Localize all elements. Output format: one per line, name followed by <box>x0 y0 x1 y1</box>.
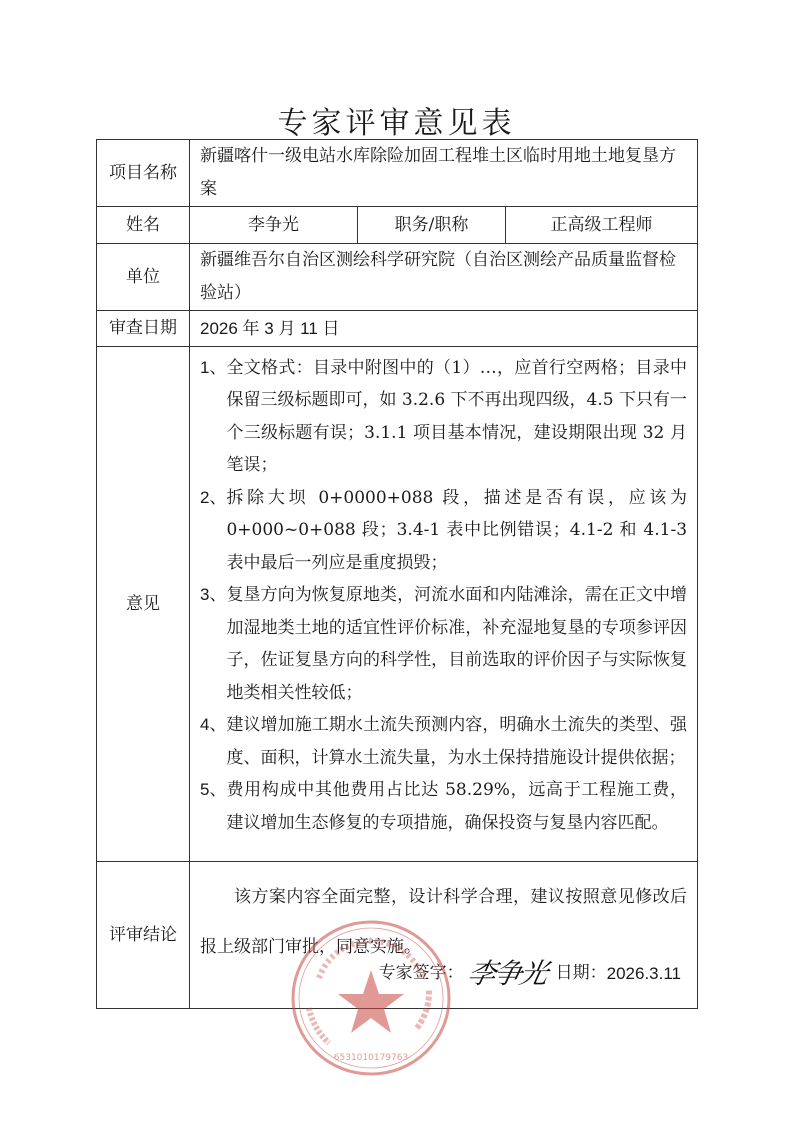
row-unit: 单位 新疆维吾尔自治区测绘科学研究院（自治区测绘产品质量监督检验站） <box>97 244 698 311</box>
signature-line: 专家签字： 李争光 日期： 2026.3.11 <box>379 957 681 990</box>
page-title: 专家评审意见表 <box>0 98 793 142</box>
sign-date-value: 2026.3.11 <box>607 957 681 990</box>
svg-text:6531010179763: 6531010179763 <box>334 1053 408 1063</box>
position-label: 职务/职称 <box>358 207 506 244</box>
row-name: 姓名 李争光 职务/职称 正高级工程师 <box>97 207 698 244</box>
opinions-list: 1、全文格式：目录中附图中的（1）…，应首行空两格；目录中保留三级标题即可，如 … <box>190 347 698 862</box>
conclusion-cell: 该方案内容全面完整，设计科学合理，建议按照意见修改后报上级部门审批，同意实施。 … <box>190 862 698 1009</box>
project-name-value: 新疆喀什一级电站水库除险加固工程堆土区临时用地土地复垦方案 <box>190 140 698 207</box>
opinion-item: 3、复垦方向为恢复原地类，河流水面和内陆滩涂，需在正文中增加湿地类土地的适宜性评… <box>200 579 687 709</box>
review-date-value: 2026 年 3 月 11 日 <box>190 311 698 347</box>
opinion-item: 5、费用构成中其他费用占比达 58.29%，远高于工程施工费，建议增加生态修复的… <box>200 774 687 839</box>
position-value: 正高级工程师 <box>506 207 698 244</box>
sign-date-label: 日期： <box>556 957 607 990</box>
conclusion-label: 评审结论 <box>97 862 190 1009</box>
opinion-item: 1、全文格式：目录中附图中的（1）…，应首行空两格；目录中保留三级标题即可，如 … <box>200 352 687 482</box>
row-conclusion: 评审结论 该方案内容全面完整，设计科学合理，建议按照意见修改后报上级部门审批，同… <box>97 862 698 1009</box>
name-value: 李争光 <box>190 207 358 244</box>
opinions-label: 意见 <box>97 347 190 862</box>
row-project: 项目名称 新疆喀什一级电站水库除险加固工程堆土区临时用地土地复垦方案 <box>97 140 698 207</box>
opinion-item: 4、建议增加施工期水土流失预测内容，明确水土流失的类型、强度、面积，计算水土流失… <box>200 709 687 774</box>
unit-label: 单位 <box>97 244 190 311</box>
name-label: 姓名 <box>97 207 190 244</box>
review-form-table: 项目名称 新疆喀什一级电站水库除险加固工程堆土区临时用地土地复垦方案 姓名 李争… <box>96 139 698 1009</box>
row-opinions: 意见 1、全文格式：目录中附图中的（1）…，应首行空两格；目录中保留三级标题即可… <box>97 347 698 862</box>
handwritten-signature: 李争光 <box>464 957 549 990</box>
row-date: 审查日期 2026 年 3 月 11 日 <box>97 311 698 347</box>
signature-label: 专家签字： <box>379 957 464 990</box>
review-date-label: 审查日期 <box>97 311 190 347</box>
project-name-label: 项目名称 <box>97 140 190 207</box>
unit-value: 新疆维吾尔自治区测绘科学研究院（自治区测绘产品质量监督检验站） <box>190 244 698 311</box>
opinion-item: 2、拆除大坝 0+0000+088 段，描述是否有误，应该为 0+000~0+0… <box>200 482 687 580</box>
